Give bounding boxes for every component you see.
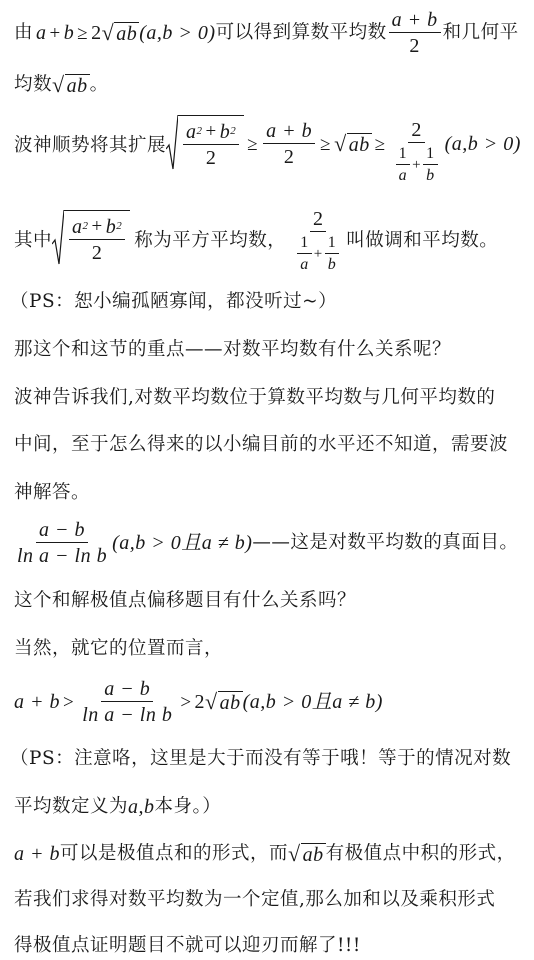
text: 波神顺势将其扩展 [14,137,166,156]
math-num: 2 [91,23,102,43]
text: 可以得到算数平均数 [216,24,387,43]
fraction-numerator: 1 [297,235,312,254]
radical-icon [52,210,64,266]
fraction: a2 + b2 2 [69,217,125,263]
sqrt-body: ab [114,22,139,44]
sqrt-body: ab [65,74,90,96]
sqrt-expression: √ ab [205,691,243,713]
sqrt-body: ab [218,691,243,713]
fraction-denominator: 2 [281,144,298,167]
log-mean-fraction: a − b ln a − ln b [14,520,110,566]
math-op: + [92,217,103,236]
fraction: a + b 2 [389,10,441,56]
radical-icon: √ [334,133,347,155]
math-op: + [50,24,61,43]
fraction-numerator: 2 [408,120,425,143]
math-var: a [36,23,47,43]
line-question-log-mean: 那这个和这节的重点——对数平均数有什么关系呢？ [14,341,451,360]
line-conclusion-cont: 得极值点证明题目不就可以迎刃而解了!!! [14,937,361,956]
fraction: a + b 2 [263,121,315,167]
math-var: b [64,23,75,43]
sqrt-expression: √ ab [334,133,372,155]
text: 和几何平 [443,24,519,43]
sqrt-expression: a2 + b2 2 [166,115,244,171]
radical-icon: √ [102,22,115,44]
fraction-numerator: 1 [396,146,411,165]
fraction-denominator: 1 a + 1 b [391,143,443,184]
text: 均数 [14,76,52,95]
fraction-denominator: 2 [406,33,423,56]
fraction-denominator: 1 a + 1 b [292,232,344,273]
sqrt-expression: √ ab [288,843,326,865]
line-ps-note: （PS：恕小编孤陋寡闻，都没听过~） [10,293,337,312]
text: 可以是极值点和的形式，而 [60,845,288,864]
sqrt-expression: a2 + b2 2 [52,210,130,266]
math-op: ≥ [77,24,88,43]
math-op: ≥ [375,135,386,154]
math-op: ≥ [247,135,258,154]
condition: (a,b > 0) [445,134,521,154]
math-expr: a + b [14,844,60,864]
fraction-denominator: ln a − ln b [14,543,110,566]
condition: (a,b > 0) [139,23,215,43]
sqrt-body: ab [347,133,372,155]
harmonic-fraction: 2 1 a + 1 b [292,209,344,273]
radical-icon: √ [52,74,65,96]
line-answer-note: 神解答。 [14,484,90,503]
math-vars: a,b [128,797,155,817]
line-ps-strict-inequality: （PS：注意咯，这里是大于而没有等于哦！等于的情况对数 [10,750,511,769]
math-var: a [186,122,197,142]
line-log-mean-definition: a − b ln a − ln b (a,b > 0且a ≠ b) ——这是对数… [14,518,518,568]
fraction-denominator: a [297,254,312,273]
text: 称为平方平均数， [134,232,286,251]
fraction: a2 + b2 2 [183,122,239,168]
condition: (a,b > 0且a ≠ b) [243,692,383,712]
text: 有极值点中积的形式， [326,845,516,864]
radical-icon: √ [288,843,301,865]
harmonic-fraction: 2 1 a + 1 b [391,120,443,184]
math-var: b [106,217,117,237]
math-var: b [220,122,231,142]
text: 由 [14,24,33,43]
text: 其中 [14,232,52,251]
fraction-denominator: b [423,165,438,184]
fraction-numerator: 1 [423,146,438,165]
text: 本身。） [155,798,222,817]
text: 叫做调和平均数。 [346,232,498,251]
math-op: > [180,693,191,712]
sqrt-expression: √ ab [102,22,140,44]
fraction-denominator: ln a − ln b [79,702,175,725]
sqrt-body: ab [301,843,326,865]
fraction-denominator: 2 [89,240,106,263]
radical-icon [166,115,178,171]
fraction-denominator: a [396,165,411,184]
math-op: > [63,693,74,712]
line-arithmetic-mean-intro: 由 a + b ≥ 2 √ ab (a,b > 0) 可以得到算数平均数 a +… [14,10,519,56]
math-op: + [314,247,323,262]
sqrt-expression: √ ab [52,74,90,96]
line-position-remark: 当然，就它的位置而言， [14,640,223,659]
line-geometric-mean: 均数 √ ab 。 [14,74,109,96]
line-ps-definition: 平均数定义为 a,b 本身。） [14,797,221,817]
line-log-mean-inequality: a + b > a − b ln a − ln b > 2 √ ab (a,b … [14,676,383,728]
text: 。 [90,76,109,95]
math-var: a [72,217,83,237]
fraction-numerator: a + b [389,10,441,33]
math-expr: a + b [14,692,60,712]
fraction-numerator: a − b [36,520,88,543]
fraction-numerator: a − b [101,679,153,702]
line-mean-inequality-chain: 波神顺势将其扩展 a2 + b2 2 ≥ a + b 2 ≥ √ ab ≥ 2 [14,108,521,190]
fraction-numerator: a + b [263,121,315,144]
log-mean-fraction: a − b ln a − ln b [79,679,175,725]
line-log-mean-position: 波神告诉我们,对数平均数位于算数平均数与几何平均数的 [14,389,495,408]
line-sum-product-forms: a + b 可以是极值点和的形式，而 √ ab 有极值点中积的形式， [14,843,516,865]
radical-icon: √ [205,691,218,713]
math-num: 2 [195,692,206,712]
text: ——这是对数平均数的真面目。 [252,534,518,553]
math-op: + [206,122,217,141]
fraction-numerator: a2 + b2 [183,122,239,145]
line-quadratic-harmonic-definitions: 其中 a2 + b2 2 称为平方平均数， 2 1 a + 1 [14,202,498,280]
line-extreme-point-question: 这个和解极值点偏移题目有什么关系吗？ [14,592,356,611]
math-op: ≥ [320,135,331,154]
line-log-mean-position-cont: 中间，至于怎么得来的以小编目前的水平还不知道，需要波 [14,436,508,455]
fraction-denominator: b [325,254,340,273]
condition: (a,b > 0且a ≠ b) [112,533,252,553]
fraction-denominator: 2 [203,145,220,168]
fraction-numerator: 1 [325,235,340,254]
math-op: + [412,158,421,173]
line-conclusion: 若我们求得对数平均数为一个定值,那么加和以及乘积形式 [14,891,495,910]
text: 平均数定义为 [14,798,128,817]
fraction-numerator: 2 [310,209,327,232]
fraction-numerator: a2 + b2 [69,217,125,240]
